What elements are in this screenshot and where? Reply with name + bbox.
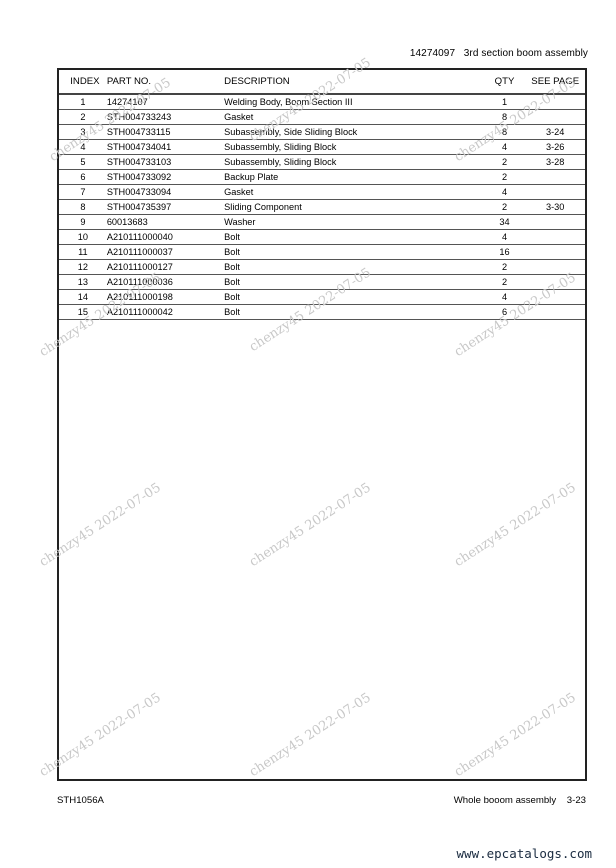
- row-index: 7: [59, 185, 107, 200]
- row-qty: 2: [484, 275, 526, 290]
- row-description: Sliding Component: [224, 200, 484, 215]
- row-part-no: STH004734041: [107, 140, 224, 155]
- row-qty: 4: [484, 185, 526, 200]
- row-part-no: A210111000042: [107, 305, 224, 320]
- row-description: Backup Plate: [224, 170, 484, 185]
- row-see-page: [525, 260, 585, 275]
- row-description: Subassembly, Sliding Block: [224, 155, 484, 170]
- row-part-no: STH004733103: [107, 155, 224, 170]
- table-row: 2STH004733243Gasket8: [59, 110, 585, 125]
- row-part-no: STH004733094: [107, 185, 224, 200]
- row-description: Subassembly, Sliding Block: [224, 140, 484, 155]
- row-part-no: STH004733092: [107, 170, 224, 185]
- row-qty: 8: [484, 110, 526, 125]
- site-url: www.epcatalogs.com: [457, 846, 592, 861]
- row-qty: 4: [484, 140, 526, 155]
- row-description: Bolt: [224, 290, 484, 305]
- row-index: 10: [59, 230, 107, 245]
- row-description: Bolt: [224, 230, 484, 245]
- row-qty: 16: [484, 245, 526, 260]
- row-part-no: A210111000127: [107, 260, 224, 275]
- row-description: Bolt: [224, 275, 484, 290]
- row-description: Bolt: [224, 305, 484, 320]
- row-see-page: 3-26: [525, 140, 585, 155]
- row-index: 2: [59, 110, 107, 125]
- row-see-page: 3-24: [525, 125, 585, 140]
- row-part-no: 14274107: [107, 94, 224, 110]
- row-index: 11: [59, 245, 107, 260]
- row-index: 6: [59, 170, 107, 185]
- row-description: Welding Body, Boom Section III: [224, 94, 484, 110]
- table-row: 5STH004733103Subassembly, Sliding Block2…: [59, 155, 585, 170]
- table-row: 6STH004733092Backup Plate2: [59, 170, 585, 185]
- row-index: 15: [59, 305, 107, 320]
- row-see-page: [525, 94, 585, 110]
- row-index: 4: [59, 140, 107, 155]
- table-row: 960013683Washer34: [59, 215, 585, 230]
- row-see-page: [525, 110, 585, 125]
- row-qty: 4: [484, 290, 526, 305]
- row-qty: 34: [484, 215, 526, 230]
- row-description: Bolt: [224, 260, 484, 275]
- row-part-no: 60013683: [107, 215, 224, 230]
- row-see-page: [525, 170, 585, 185]
- row-see-page: [525, 215, 585, 230]
- row-description: Gasket: [224, 110, 484, 125]
- parts-list-frame: INDEX PART NO. DESCRIPTION QTY SEE PAGE …: [57, 68, 587, 781]
- row-part-no: STH004733243: [107, 110, 224, 125]
- row-qty: 1: [484, 94, 526, 110]
- row-index: 1: [59, 94, 107, 110]
- row-part-no: STH004733115: [107, 125, 224, 140]
- row-see-page: [525, 245, 585, 260]
- table-row: 13A210111000036Bolt2: [59, 275, 585, 290]
- row-see-page: [525, 290, 585, 305]
- row-part-no: A210111000040: [107, 230, 224, 245]
- row-description: Gasket: [224, 185, 484, 200]
- row-description: Subassembly, Side Sliding Block: [224, 125, 484, 140]
- col-description: DESCRIPTION: [224, 70, 484, 94]
- row-index: 9: [59, 215, 107, 230]
- table-row: 3STH004733115Subassembly, Side Sliding B…: [59, 125, 585, 140]
- row-qty: 6: [484, 305, 526, 320]
- table-row: 4STH004734041Subassembly, Sliding Block4…: [59, 140, 585, 155]
- page-number: 3-23: [567, 795, 586, 806]
- row-index: 13: [59, 275, 107, 290]
- row-description: Bolt: [224, 245, 484, 260]
- row-part-no: A210111000037: [107, 245, 224, 260]
- table-row: 12A210111000127Bolt2: [59, 260, 585, 275]
- assembly-header: 14274097 3rd section boom assembly: [410, 48, 588, 59]
- table-row: 7STH004733094Gasket4: [59, 185, 585, 200]
- table-row: 8STH004735397Sliding Component23-30: [59, 200, 585, 215]
- row-qty: 8: [484, 125, 526, 140]
- table-row: 114274107Welding Body, Boom Section III1: [59, 94, 585, 110]
- row-qty: 2: [484, 260, 526, 275]
- row-qty: 2: [484, 170, 526, 185]
- assembly-number: 14274097: [410, 48, 455, 59]
- row-part-no: STH004735397: [107, 200, 224, 215]
- row-description: Washer: [224, 215, 484, 230]
- table-row: 14A210111000198Bolt4: [59, 290, 585, 305]
- col-index: INDEX: [59, 70, 107, 94]
- row-qty: 2: [484, 155, 526, 170]
- col-qty: QTY: [484, 70, 526, 94]
- col-part-no: PART NO.: [107, 70, 224, 94]
- assembly-title: 3rd section boom assembly: [464, 48, 588, 59]
- row-see-page: [525, 185, 585, 200]
- parts-table: INDEX PART NO. DESCRIPTION QTY SEE PAGE …: [59, 70, 585, 320]
- row-part-no: A210111000036: [107, 275, 224, 290]
- row-see-page: 3-28: [525, 155, 585, 170]
- doc-code: STH1056A: [57, 795, 104, 806]
- row-see-page: 3-30: [525, 200, 585, 215]
- row-qty: 4: [484, 230, 526, 245]
- row-see-page: [525, 305, 585, 320]
- footer-section: Whole booom assembly 3-23: [454, 795, 586, 806]
- table-row: 11A210111000037Bolt16: [59, 245, 585, 260]
- row-part-no: A210111000198: [107, 290, 224, 305]
- row-index: 8: [59, 200, 107, 215]
- row-index: 3: [59, 125, 107, 140]
- table-row: 15A210111000042Bolt6: [59, 305, 585, 320]
- row-index: 12: [59, 260, 107, 275]
- row-index: 14: [59, 290, 107, 305]
- row-qty: 2: [484, 200, 526, 215]
- row-see-page: [525, 230, 585, 245]
- col-see-page: SEE PAGE: [525, 70, 585, 94]
- section-title: Whole booom assembly: [454, 795, 556, 806]
- row-see-page: [525, 275, 585, 290]
- table-row: 10A210111000040Bolt4: [59, 230, 585, 245]
- row-index: 5: [59, 155, 107, 170]
- table-header-row: INDEX PART NO. DESCRIPTION QTY SEE PAGE: [59, 70, 585, 94]
